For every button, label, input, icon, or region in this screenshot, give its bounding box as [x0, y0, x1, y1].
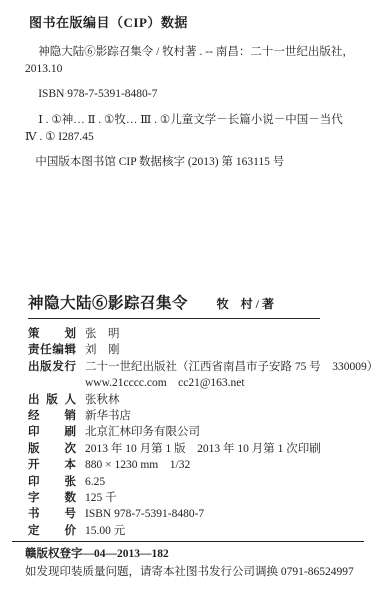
- colophon-value: 125 千: [85, 490, 117, 506]
- colophon-label: 责任编辑: [28, 342, 76, 358]
- colophon-row-editor: 责任编辑 刘 刚: [28, 342, 365, 358]
- colophon-row-sheets: 印张 6.25: [28, 474, 365, 490]
- colophon-row-publisher: 出版发行 二十一世纪出版社（江西省南昌市子安路 75 号 330009）: [28, 359, 365, 375]
- colophon-value: 刘 刚: [85, 342, 120, 358]
- colophon-row-format: 开本 880 × 1230 mm 1/32: [28, 457, 365, 473]
- colophon-label: 定价: [28, 523, 76, 539]
- cip-classification-line1: Ⅰ . ①神… Ⅱ . ①牧… Ⅲ . ①儿童文学－长篇小说－中国－当代: [25, 112, 361, 129]
- colophon-value: 张秋林: [85, 392, 120, 408]
- colophon-row-wordcount: 字数 125 千: [28, 490, 365, 506]
- colophon-label: 字数: [28, 490, 76, 506]
- colophon-value: 6.25: [85, 474, 105, 490]
- colophon-row-planner: 策划 张 明: [28, 326, 365, 342]
- cip-entry-line1: 神隐大陆⑥影踪召集令 / 牧村著 . -- 南昌：二十一世纪出版社，: [25, 44, 361, 61]
- book-author: 牧 村 / 著: [217, 295, 320, 312]
- title-divider: [28, 318, 320, 319]
- colophon-row-edition: 版次 2013 年 10 月第 1 版 2013 年 10 月第 1 次印刷: [28, 441, 365, 457]
- cip-entry-line2: 2013.10: [25, 61, 361, 78]
- cip-isbn: ISBN 978-7-5391-8480-7: [25, 86, 361, 103]
- quality-notice: 如发现印装质量问题，请寄本社图书发行公司调换 0791-86524997: [25, 564, 365, 582]
- book-title: 神隐大陆⑥影踪召集令: [28, 291, 188, 313]
- publisher-website: www.21cccc.com cc21@163.net: [85, 375, 245, 391]
- colophon-label: 版次: [28, 441, 76, 457]
- colophon-row-website: www.21cccc.com cc21@163.net: [28, 375, 365, 391]
- colophon-label: 开本: [28, 457, 76, 473]
- colophon-label: 策划: [28, 326, 76, 342]
- colophon-value: 北京汇林印务有限公司: [85, 424, 200, 440]
- license-number: 赣版权登字—04—2013—182: [25, 546, 365, 564]
- colophon-row-printer: 印刷 北京汇林印务有限公司: [28, 424, 365, 440]
- colophon-value: 880 × 1230 mm 1/32: [85, 457, 190, 473]
- colophon-row-price: 定价 15.00 元: [28, 523, 365, 539]
- colophon-label: 出版人: [28, 392, 76, 408]
- title-block: 神隐大陆⑥影踪召集令 牧 村 / 著: [28, 291, 320, 319]
- colophon-value: 二十一世纪出版社（江西省南昌市子安路 75 号 330009）: [85, 359, 375, 375]
- colophon-label: 书号: [28, 506, 76, 522]
- colophon-value: 张 明: [85, 326, 120, 342]
- colophon-value: ISBN 978-7-5391-8480-7: [85, 506, 204, 522]
- colophon-label: 印张: [28, 474, 76, 490]
- colophon-row-isbn: 书号 ISBN 978-7-5391-8480-7: [28, 506, 365, 522]
- page-footer: 赣版权登字—04—2013—182 如发现印装质量问题，请寄本社图书发行公司调换…: [25, 546, 365, 581]
- colophon-label: 出版发行: [28, 359, 76, 375]
- colophon-value: 新华书店: [85, 408, 131, 424]
- colophon-row-distributor: 经销 新华书店: [28, 408, 365, 424]
- cip-heading: 图书在版编目（CIP）数据: [29, 12, 361, 31]
- colophon-label: 经销: [28, 408, 76, 424]
- colophon-row-publisher-person: 出版人 张秋林: [28, 392, 365, 408]
- colophon-section: 策划 张 明 责任编辑 刘 刚 出版发行 二十一世纪出版社（江西省南昌市子安路 …: [28, 326, 365, 539]
- cip-classification-line2: Ⅳ . ① I287.45: [25, 129, 361, 146]
- title-row: 神隐大陆⑥影踪召集令 牧 村 / 著: [28, 291, 320, 313]
- copyright-page: 图书在版编目（CIP）数据 神隐大陆⑥影踪召集令 / 牧村著 . -- 南昌：二…: [0, 0, 375, 589]
- colophon-label: 印刷: [28, 424, 76, 440]
- footer-divider: [12, 541, 364, 542]
- cip-registration: 中国版本图书馆 CIP 数据核字 (2013) 第 163115 号: [25, 154, 361, 171]
- colophon-value: 2013 年 10 月第 1 版 2013 年 10 月第 1 次印刷: [85, 441, 321, 457]
- cip-data-section: 图书在版编目（CIP）数据 神隐大陆⑥影踪召集令 / 牧村著 . -- 南昌：二…: [25, 12, 361, 171]
- colophon-value: 15.00 元: [85, 523, 125, 539]
